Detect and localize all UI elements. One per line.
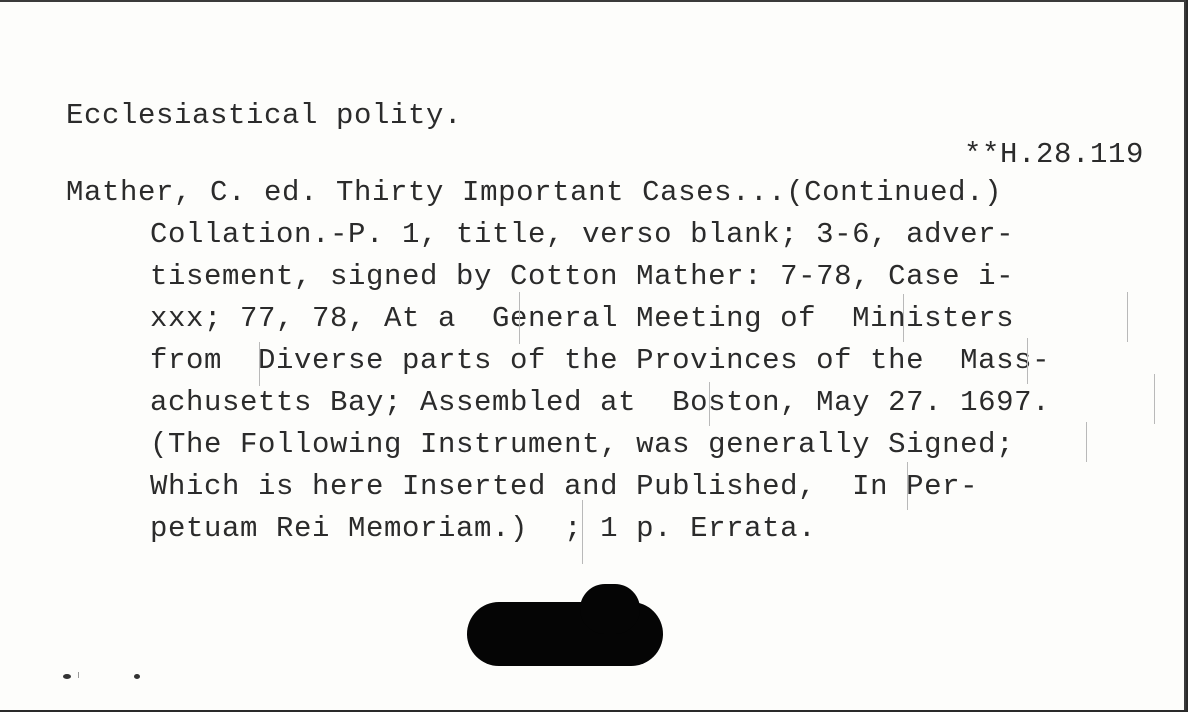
ruling-mark — [1127, 292, 1128, 342]
ruling-mark — [709, 382, 710, 426]
main-entry: Mather, C. ed. Thirty Important Cases...… — [66, 176, 1002, 210]
collation-line: Which is here Inserted and Published, In… — [150, 470, 978, 504]
ruling-mark — [1154, 374, 1155, 424]
ruling-mark — [519, 292, 520, 344]
speck — [78, 672, 79, 678]
collation-line: tisement, signed by Cotton Mather: 7-78,… — [150, 260, 1014, 294]
collation-line: from Diverse parts of the Provinces of t… — [150, 344, 1050, 378]
ruling-mark — [903, 294, 904, 342]
ruling-mark — [907, 462, 908, 510]
ink-blot — [580, 584, 640, 634]
subject-heading: Ecclesiastical polity. — [66, 99, 462, 133]
ruling-mark — [259, 342, 260, 386]
catalog-card: Ecclesiastical polity. **H.28.119 Mather… — [0, 0, 1186, 710]
ruling-mark — [1027, 338, 1028, 384]
collation-line: (The Following Instrument, was generally… — [150, 428, 1014, 462]
ruling-mark — [1086, 422, 1087, 462]
collation-line: petuam Rei Memoriam.) ; 1 p. Errata. — [150, 512, 816, 546]
speck — [63, 674, 71, 679]
collation-line: xxx; 77, 78, At a General Meeting of Min… — [150, 302, 1014, 336]
ruling-mark — [582, 500, 583, 564]
call-number: **H.28.119 — [964, 138, 1144, 172]
collation-line: Collation.-P. 1, title, verso blank; 3-6… — [150, 218, 1014, 252]
speck — [134, 674, 140, 679]
collation-line: achusetts Bay; Assembled at Boston, May … — [150, 386, 1050, 420]
